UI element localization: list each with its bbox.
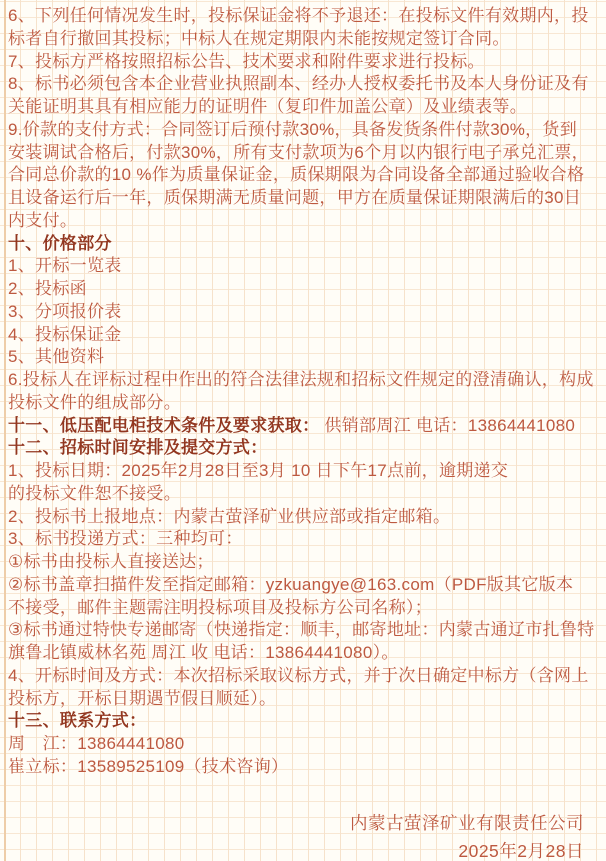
text-line: 1、开标一览表 [8, 255, 600, 278]
text-line: 6、下列任何情况发生时，投标保证金将不予退还：在投标文件有效期内，投 [8, 5, 600, 28]
text-line: 4、开标时间及方式：本次招标采取议标方式，并于次日确定中标方（含网上 [8, 665, 600, 688]
text-line: 5、其他资料 [8, 346, 600, 369]
body-text: 6、下列任何情况发生时，投标保证金将不予退还：在投标文件有效期内，投 [8, 6, 589, 25]
body-text: 关能证明其具有相应能力的证明件（复印件加盖公章）及业绩表等。 [8, 97, 527, 116]
body-text: 3、分项报价表 [8, 302, 122, 321]
document-body: 6、下列任何情况发生时，投标保证金将不予退还：在投标文件有效期内，投标者自行撤回… [8, 5, 600, 779]
text-line: 4、投标保证金 [8, 324, 600, 347]
body-text: 6.投标人在评标过程中作出的符合法律法规和招标文件规定的澄清确认，构成 [8, 370, 594, 389]
text-line: ②标书盖章扫描件发至指定邮箱：yzkuangye@163.com（PDF版其它版… [8, 574, 600, 597]
text-line: 合同总价款的10 %作为质量保证金，质保期限为合同设备全部通过验收合格 [8, 164, 600, 187]
body-text: 崔立标：13589525109（技术咨询） [8, 757, 288, 776]
footer-company-name: 内蒙古萤泽矿业有限责任公司 [350, 810, 584, 838]
body-text: 2、投标书上报地点：内蒙古萤泽矿业供应部或指定邮箱。 [8, 507, 450, 526]
body-text: ①标书由投标人直接送达； [8, 552, 214, 571]
body-text: 4、开标时间及方式：本次招标采取议标方式，并于次日确定中标方（含网上 [8, 666, 589, 685]
body-text: 9.价款的支付方式：合同签订后预付款30%，具备发货条件付款30%，货到 [8, 120, 577, 139]
body-text: 8、标书必须包含本企业营业执照副本、经办人授权委托书及本人身份证及有 [8, 74, 589, 93]
text-line: 的投标文件恕不接受。 [8, 483, 600, 506]
text-line: 1、投标日期：2025年2月28日至3月 10 日下午17点前，逾期递交 [8, 460, 600, 483]
body-text: ③标书通过特快专递邮寄（快递指定：顺丰，邮寄地址：内蒙古通辽市扎鲁特 [8, 620, 594, 639]
body-text: 7、投标方严格按照招标公告、技术要求和附件要求进行投标。 [8, 52, 485, 71]
body-text: 安装调试合格后，付款30%，所有支付款项为6个月以内银行电子承兑汇票， [8, 143, 589, 162]
text-line: 9.价款的支付方式：合同签订后预付款30%，具备发货条件付款30%，货到 [8, 119, 600, 142]
body-text: 周 江：13864441080 [8, 734, 185, 753]
text-line: 3、标书投递方式：三种均可： [8, 528, 600, 551]
body-text: 供销部周江 电话：13864441080 [319, 416, 575, 435]
heading-text: 十、价格部分 [8, 234, 112, 253]
heading-text: 十三、联系方式： [8, 711, 146, 730]
text-line: 周 江：13864441080 [8, 733, 600, 756]
text-line: 3、分项报价表 [8, 301, 600, 324]
body-text: 不接受，邮件主题需注明投标项目及投标方公司名称）； [8, 598, 432, 617]
heading-text: 十二、招标时间安排及提交方式： [8, 438, 268, 457]
body-text: 投标文件的组成部分。 [8, 393, 181, 412]
body-text: 4、投标保证金 [8, 325, 122, 344]
body-text: 且设备运行后一年，质保期满无质量问题，甲方在质量保证期限满后的30日 [8, 188, 581, 207]
text-line: 不接受，邮件主题需注明投标项目及投标方公司名称）； [8, 597, 600, 620]
body-text: 内支付。 [8, 211, 77, 230]
text-line: 十二、招标时间安排及提交方式： [8, 437, 600, 460]
body-text: 3、标书投递方式：三种均可： [8, 529, 243, 548]
text-line: ①标书由投标人直接送达； [8, 551, 600, 574]
body-text: 1、开标一览表 [8, 256, 122, 275]
footer-date: 2025年2月28日 [350, 838, 584, 861]
text-line: 2、投标函 [8, 278, 600, 301]
text-line: ③标书通过特快专递邮寄（快递指定：顺丰，邮寄地址：内蒙古通辽市扎鲁特 [8, 619, 600, 642]
body-text: 投标方，开标日期遇节假日顺延）。 [8, 689, 276, 708]
text-line: 十一、低压配电柜技术条件及要求获取： 供销部周江 电话：13864441080 [8, 415, 600, 438]
text-line: 十三、联系方式： [8, 710, 600, 733]
body-text: 旗鲁北镇威林名苑 周江 收 电话：13864441080）。 [8, 643, 399, 662]
text-line: 且设备运行后一年，质保期满无质量问题，甲方在质量保证期限满后的30日 [8, 187, 600, 210]
body-text: 5、其他资料 [8, 347, 104, 366]
body-text: 2、投标函 [8, 279, 87, 298]
body-text: 1、投标日期：2025年2月28日至3月 10 日下午17点前，逾期递交 [8, 461, 508, 480]
text-line: 投标方，开标日期遇节假日顺延）。 [8, 688, 600, 711]
text-line: 2、投标书上报地点：内蒙古萤泽矿业供应部或指定邮箱。 [8, 506, 600, 529]
body-text: 的投标文件恕不接受。 [8, 484, 181, 503]
text-line: 旗鲁北镇威林名苑 周江 收 电话：13864441080）。 [8, 642, 600, 665]
text-line: 8、标书必须包含本企业营业执照副本、经办人授权委托书及本人身份证及有 [8, 73, 600, 96]
text-line: 内支付。 [8, 210, 600, 233]
text-line: 崔立标：13589525109（技术咨询） [8, 756, 600, 779]
tender-document-page: 6、下列任何情况发生时，投标保证金将不予退还：在投标文件有效期内，投标者自行撤回… [0, 0, 606, 861]
text-line: 7、投标方严格按照招标公告、技术要求和附件要求进行投标。 [8, 51, 600, 74]
notebook-margin-line [4, 0, 6, 861]
text-line: 标者自行撤回其投标；中标人在规定期限内未能按规定签订合同。 [8, 28, 600, 51]
heading-text: 十一、低压配电柜技术条件及要求获取： [8, 416, 319, 435]
body-text: ②标书盖章扫描件发至指定邮箱：yzkuangye@163.com（PDF版其它版… [8, 575, 573, 594]
text-line: 投标文件的组成部分。 [8, 392, 600, 415]
text-line: 十、价格部分 [8, 233, 600, 256]
body-text: 合同总价款的10 %作为质量保证金，质保期限为合同设备全部通过验收合格 [8, 165, 584, 184]
document-footer: 内蒙古萤泽矿业有限责任公司 2025年2月28日 [350, 810, 584, 861]
text-line: 安装调试合格后，付款30%，所有支付款项为6个月以内银行电子承兑汇票， [8, 142, 600, 165]
text-line: 关能证明其具有相应能力的证明件（复印件加盖公章）及业绩表等。 [8, 96, 600, 119]
body-text: 标者自行撤回其投标；中标人在规定期限内未能按规定签订合同。 [8, 29, 510, 48]
text-line: 6.投标人在评标过程中作出的符合法律法规和招标文件规定的澄清确认，构成 [8, 369, 600, 392]
